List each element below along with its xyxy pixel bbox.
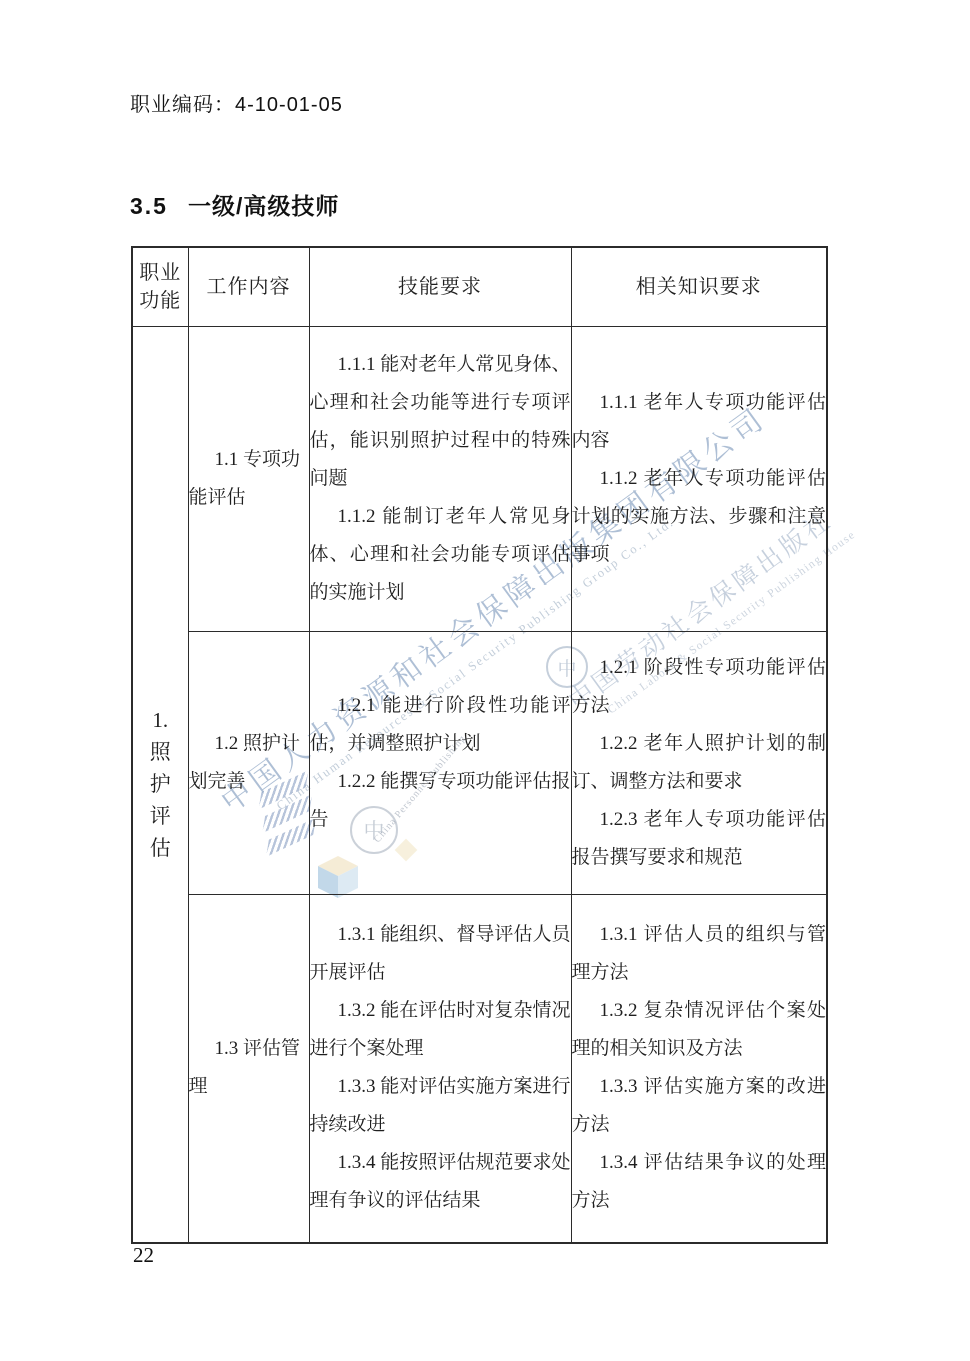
column-header-function: 职业功能 <box>132 247 188 327</box>
knowledge-requirements-cell: 1.2.1 阶段性专项功能评估方法 1.2.2 老年人照护计划的制订、调整方法和… <box>571 632 827 895</box>
skill-item: 1.3.2 能在评估时对复杂情况进行个案处理 <box>310 992 571 1068</box>
column-header-knowledge-requirements: 相关知识要求 <box>571 247 827 327</box>
skill-item: 1.3.4 能按照评估规范要求处理有争议的评估结果 <box>310 1144 571 1220</box>
skill-item: 1.1.2 能制订老年人常见身体、心理和社会功能专项评估的实施计划 <box>310 498 571 612</box>
table-row: 1.3 评估管理 1.3.1 能组织、督导评估人员开展评估 1.3.2 能在评估… <box>132 895 827 1243</box>
function-group-label: 1. 照护评估 <box>147 704 173 864</box>
document-page: 中国人力资源和社会保障出版集团有限公司 China Human Resource… <box>0 0 970 1361</box>
work-content-label: 1.2 照护计划完善 <box>189 725 309 801</box>
table-row: 1.2 照护计划完善 1.2.1 能进行阶段性功能评估，并调整照护计划 1.2.… <box>132 632 827 895</box>
skill-item: 1.2.1 能进行阶段性功能评估，并调整照护计划 <box>310 687 571 763</box>
section-number: 3.5 <box>130 193 168 219</box>
knowledge-item: 1.2.1 阶段性专项功能评估方法 <box>572 649 827 725</box>
skill-item: 1.3.3 能对评估实施方案进行持续改进 <box>310 1068 571 1144</box>
knowledge-item: 1.3.2 复杂情况评估个案处理的相关知识及方法 <box>572 992 827 1068</box>
knowledge-requirements-cell: 1.3.1 评估人员的组织与管理方法 1.3.2 复杂情况评估个案处理的相关知识… <box>571 895 827 1243</box>
work-content-label: 1.1 专项功能评估 <box>189 441 309 517</box>
knowledge-item: 1.1.2 老年人专项功能评估计划的实施方法、步骤和注意事项 <box>572 460 827 574</box>
section-heading: 3.5一级/高级技师 <box>130 188 339 221</box>
knowledge-item: 1.3.4 评估结果争议的处理方法 <box>572 1144 827 1220</box>
skill-requirements-cell: 1.1.1 能对老年人常见身体、心理和社会功能等进行专项评估，能识别照护过程中的… <box>309 327 571 632</box>
skill-standard-table: 职业功能 工作内容 技能要求 相关知识要求 1. 照护评估 1.1 专项功能评估… <box>131 246 828 1244</box>
knowledge-item: 1.3.1 评估人员的组织与管理方法 <box>572 916 827 992</box>
function-group-cell: 1. 照护评估 <box>132 327 188 1243</box>
work-content-cell: 1.3 评估管理 <box>188 895 309 1243</box>
table-header-row: 职业功能 工作内容 技能要求 相关知识要求 <box>132 247 827 327</box>
column-header-work-content: 工作内容 <box>188 247 309 327</box>
knowledge-requirements-cell: 1.1.1 老年人专项功能评估内容 1.1.2 老年人专项功能评估计划的实施方法… <box>571 327 827 632</box>
skill-item: 1.2.2 能撰写专项功能评估报告 <box>310 763 571 839</box>
skill-item: 1.3.1 能组织、督导评估人员开展评估 <box>310 916 571 992</box>
knowledge-item: 1.2.2 老年人照护计划的制订、调整方法和要求 <box>572 725 827 801</box>
job-code: 职业编码：4-10-01-05 <box>130 88 343 117</box>
knowledge-item: 1.3.3 评估实施方案的改进方法 <box>572 1068 827 1144</box>
work-content-cell: 1.1 专项功能评估 <box>188 327 309 632</box>
page-number: 22 <box>133 1243 154 1268</box>
column-header-skill-requirements: 技能要求 <box>309 247 571 327</box>
skill-item: 1.1.1 能对老年人常见身体、心理和社会功能等进行专项评估，能识别照护过程中的… <box>310 346 571 498</box>
skill-requirements-cell: 1.3.1 能组织、督导评估人员开展评估 1.3.2 能在评估时对复杂情况进行个… <box>309 895 571 1243</box>
section-title: 一级/高级技师 <box>188 193 339 219</box>
knowledge-item: 1.1.1 老年人专项功能评估内容 <box>572 384 827 460</box>
knowledge-item: 1.2.3 老年人专项功能评估报告撰写要求和规范 <box>572 801 827 877</box>
skill-requirements-cell: 1.2.1 能进行阶段性功能评估，并调整照护计划 1.2.2 能撰写专项功能评估… <box>309 632 571 895</box>
work-content-label: 1.3 评估管理 <box>189 1030 309 1106</box>
table-row: 1. 照护评估 1.1 专项功能评估 1.1.1 能对老年人常见身体、心理和社会… <box>132 327 827 632</box>
work-content-cell: 1.2 照护计划完善 <box>188 632 309 895</box>
